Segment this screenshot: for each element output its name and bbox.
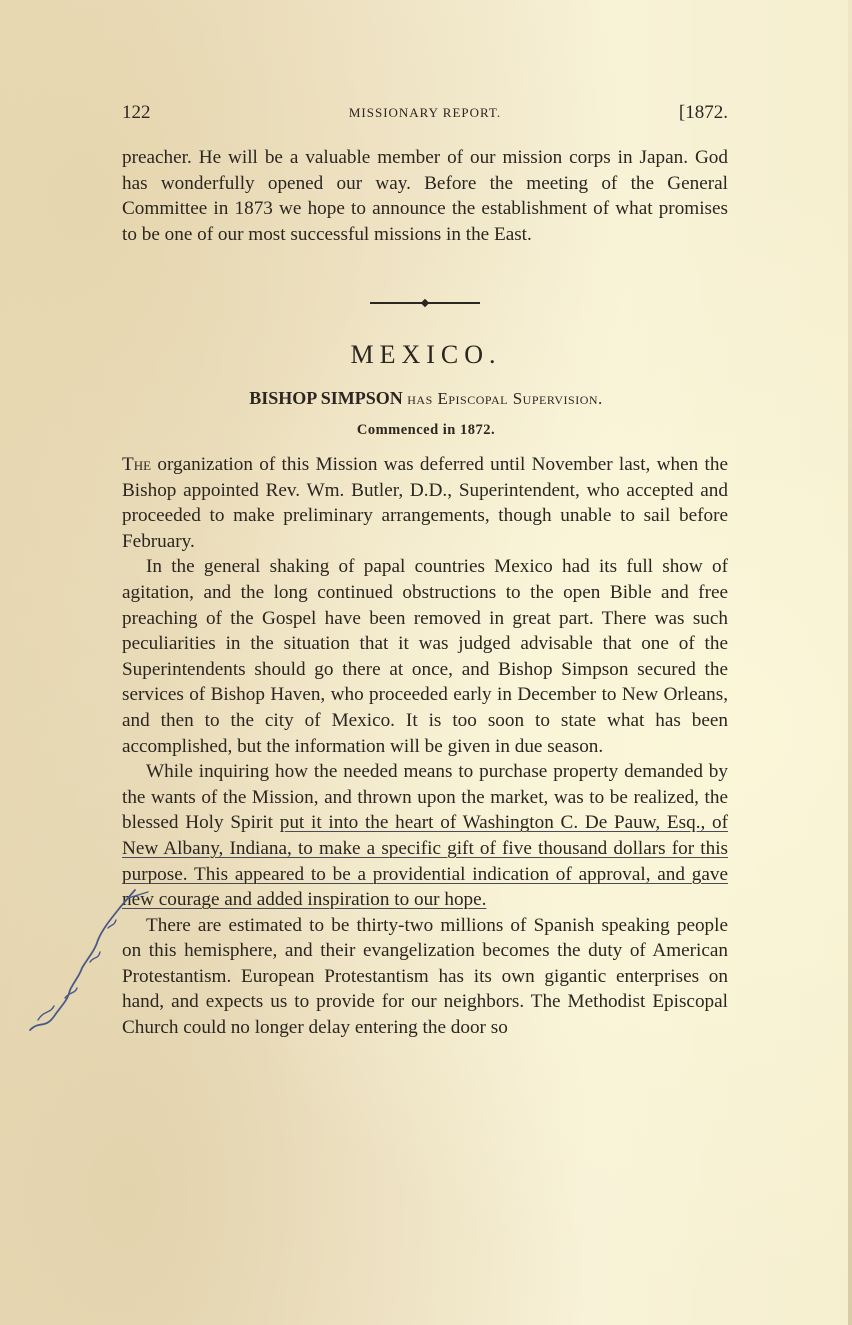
running-title: MISSIONARY REPORT. — [122, 105, 728, 121]
paragraph-lead-word: The — [122, 454, 151, 475]
section-body: The organization of this Mission was def… — [122, 452, 728, 1041]
paragraph-2: In the general shaking of papal countrie… — [122, 554, 728, 759]
supervisor-name: BISHOP SIMPSON — [249, 388, 403, 408]
continued-paragraph-block: preacher. He will be a valuable member o… — [122, 145, 728, 247]
section-divider-ornament — [370, 302, 480, 304]
running-head: 122 MISSIONARY REPORT. [1872. — [122, 102, 728, 128]
paragraph-1-text: organization of this Mission was deferre… — [122, 454, 728, 552]
continued-paragraph: preacher. He will be a valuable member o… — [122, 145, 728, 247]
page-edge — [848, 0, 852, 1325]
scanned-book-page: 122 MISSIONARY REPORT. [1872. preacher. … — [0, 0, 852, 1325]
paragraph-4: There are estimated to be thirty-two mil… — [122, 913, 728, 1041]
paragraph-3: While inquiring how the needed means to … — [122, 759, 728, 913]
supervision-line: BISHOP SIMPSON has Episcopal Supervision… — [0, 388, 852, 409]
section-title: MEXICO. — [0, 340, 852, 370]
paragraph-1: The organization of this Mission was def… — [122, 452, 728, 554]
commenced-line: Commenced in 1872. — [0, 422, 852, 439]
running-year: [1872. — [679, 102, 728, 124]
supervision-text: has Episcopal Supervision. — [407, 389, 603, 408]
